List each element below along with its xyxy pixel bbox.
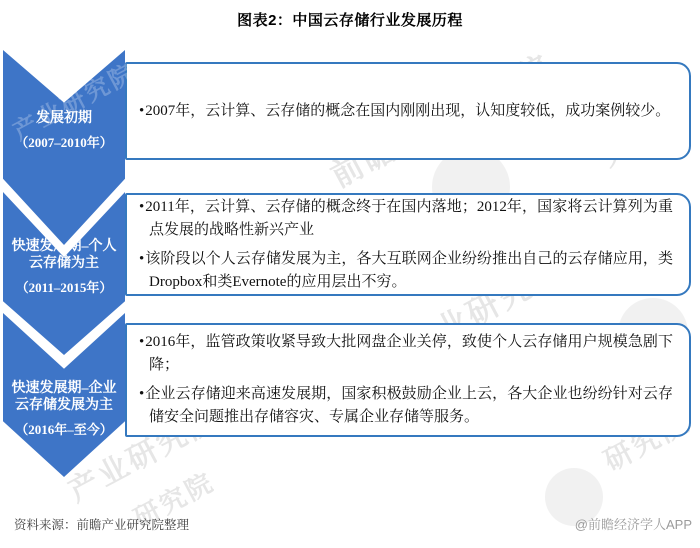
stage1-bullet-1: 2007年，云计算、云存储的概念在国内刚刚出现，认知度较低，成功案例较少。	[139, 100, 673, 123]
stage3-bullet-2: 企业云存储迎来高速发展期，国家积极鼓励企业上云，各大企业也纷纷针对云存储安全问题…	[139, 383, 673, 429]
source-note: 资料来源：前瞻产业研究院整理	[14, 515, 189, 533]
credit-note: @前瞻经济学人APP	[575, 514, 692, 533]
stage1-name: 发展初期	[3, 110, 125, 127]
stage1-period: （2007–2010年）	[3, 134, 125, 151]
infographic-canvas: 图表2：中国云存储行业发展历程 前瞻产业研究院 究院 前瞻产业研究院 产业研究院…	[0, 0, 700, 548]
stage3-label: 快速发展期–企业 云存储发展为主 （2016年–至今）	[3, 380, 125, 438]
stage2-detail-box: 2011年，云计算、云存储的概念终于在国内落地；2012年，国家将云计算列为重点…	[125, 193, 691, 296]
stage1-label: 发展初期 （2007–2010年）	[3, 110, 125, 151]
stage1-detail-box: 2007年，云计算、云存储的概念在国内刚刚出现，认知度较低，成功案例较少。	[125, 62, 691, 160]
stage3-name-line1: 快速发展期–企业	[3, 380, 125, 397]
stage2-label: 快速发展期–个人 云存储为主 （2011–2015年）	[3, 238, 125, 296]
stage3-period: （2016年–至今）	[3, 421, 125, 438]
stage2-bullet-1: 2011年，云计算、云存储的概念终于在国内落地；2012年，国家将云计算列为重点…	[139, 196, 673, 242]
stage2-bullet-2: 该阶段以个人云存储发展为主，各大互联网企业纷纷推出自己的云存储应用，类Dropb…	[139, 248, 673, 294]
stage3-name-line2: 云存储发展为主	[3, 397, 125, 414]
stage3-detail-box: 2016年，监管政策收紧导致大批网盘企业关停，致使个人云存储用户规模急剧下降； …	[125, 323, 691, 437]
stage2-name-line2: 云存储为主	[3, 255, 125, 272]
stage2-period: （2011–2015年）	[3, 279, 125, 296]
stage3-bullet-1: 2016年，监管政策收紧导致大批网盘企业关停，致使个人云存储用户规模急剧下降；	[139, 331, 673, 377]
page-title: 图表2：中国云存储行业发展历程	[0, 9, 700, 30]
